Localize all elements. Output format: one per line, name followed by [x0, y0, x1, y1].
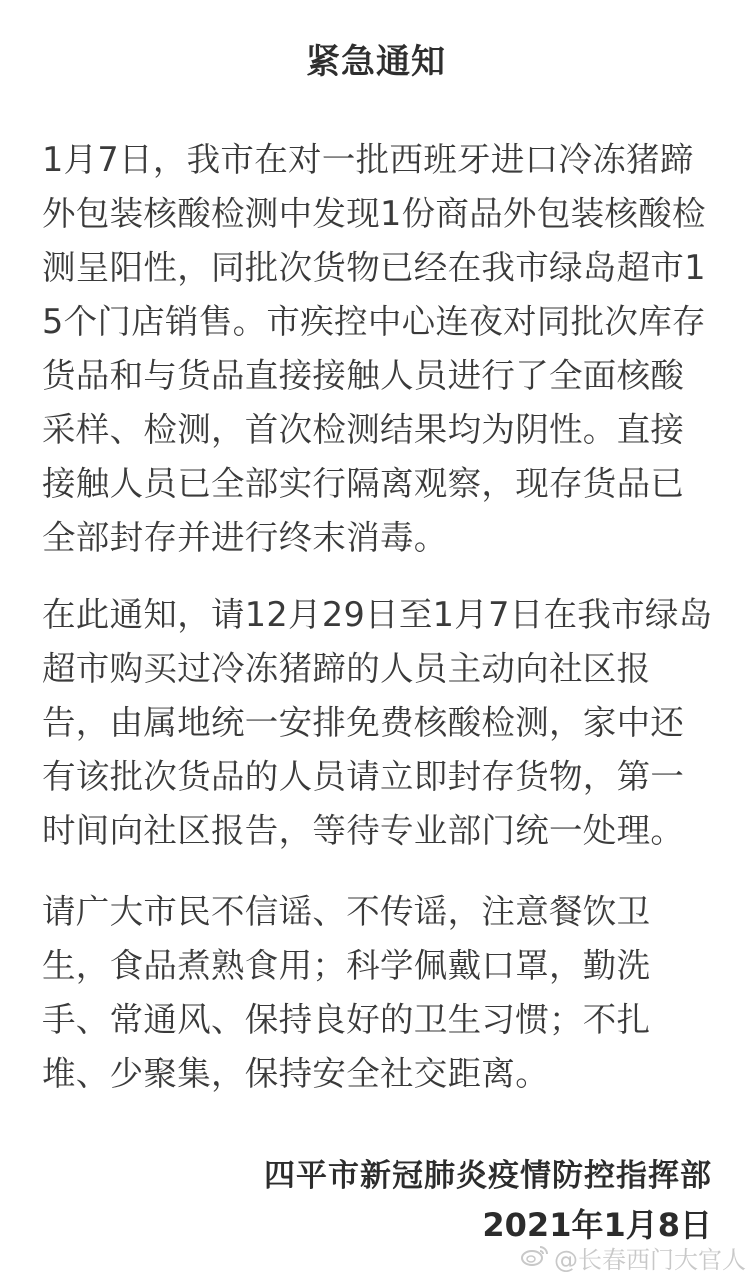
paragraph-advice: 请广大市民不信谣、不传谣，注意餐饮卫生，食品煮熟食用；科学佩戴口罩，勤洗手、常通… — [42, 885, 714, 1101]
weibo-icon — [520, 1243, 550, 1273]
notice-title: 紧急通知 — [0, 34, 752, 83]
watermark: @长春西门大官人 — [520, 1240, 746, 1275]
watermark-text: @长春西门大官人 — [554, 1240, 746, 1275]
signature-organization: 四平市新冠肺炎疫情防控指挥部 — [112, 1150, 712, 1195]
paragraph-incident: 1月7日，我市在对一批西班牙进口冷冻猪蹄外包装核酸检测中发现1份商品外包装核酸检… — [42, 133, 714, 565]
paragraph-instructions: 在此通知，请12月29日至1月7日在我市绿岛超市购买过冷冻猪蹄的人员主动向社区报… — [42, 588, 714, 858]
